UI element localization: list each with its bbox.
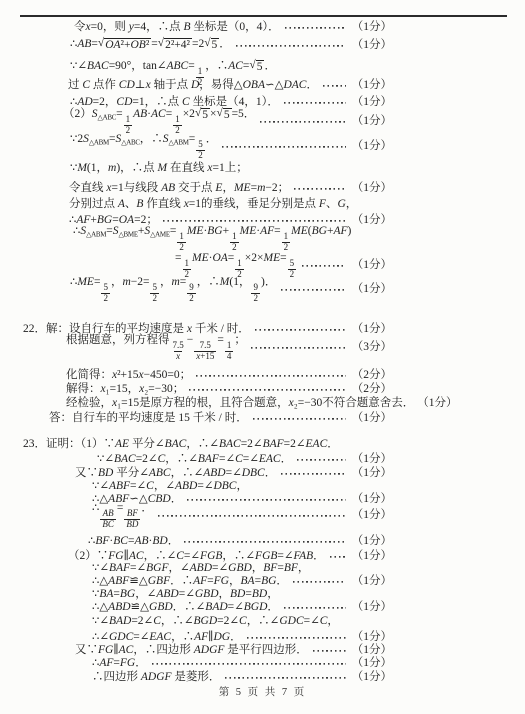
score-badge: （1分）: [352, 550, 392, 564]
line-text: ∴△ABD≌△GBD．∴∠BAD=∠BGD．: [92, 601, 279, 615]
answer-line: ∴ABBC=BFBD．（1分）: [92, 508, 392, 523]
radical: √5: [217, 108, 232, 123]
fraction: 12: [230, 232, 239, 252]
line-text: ∴BF·BC=AB·BD．: [88, 535, 179, 549]
score-badge: （1分）: [352, 671, 392, 685]
answer-line: ∴AF=FG．（1分）: [92, 656, 392, 671]
dotted-leader: [313, 645, 346, 656]
line-text: 答：自行车的平均速度是 15 千米 / 时．: [49, 412, 248, 426]
line-text: ∵∠BAD=2∠C，∴∠BGD=2∠C，∴∠GDC=∠C，: [92, 615, 339, 629]
line-text: 根据题意，列方程得7.5x−7.5x+15=14；: [66, 334, 246, 361]
answer-line: 令直线 x=1与线段 AB 交于点 E，ME=m−2；（1分）: [69, 181, 392, 196]
answer-line: ∴ME=52，m−2=52，m=92，∴M(1，92)．（1分）: [70, 282, 392, 297]
score-badge: （1分）: [352, 323, 392, 337]
radical: √5: [195, 108, 210, 123]
fraction: BFBD: [124, 509, 140, 529]
dotted-leader: [302, 260, 346, 271]
dotted-leader: [247, 632, 346, 643]
line-text: ∵M(1，m)，∴点 M 在直线 x=1上；: [70, 162, 248, 176]
answer-line: ∵2S△ABM=S△ABC，∴S△ABM=52．（1分）: [70, 139, 392, 154]
dotted-leader: [253, 413, 346, 424]
line-text: （2）S△ABC=12AB·AC=12×2√5×√5=5．: [63, 108, 255, 135]
radical: √OA²+OB²: [98, 38, 151, 53]
score-badge: （1分）: [417, 397, 457, 411]
line-text: ∴ME=52，m−2=52，m=92，∴M(1，92)．: [70, 276, 276, 303]
answer-line: （2）S△ABC=12AB·AC=12×2√5×√5=5．（1分）: [63, 114, 392, 129]
answer-line: 令x=0，则 y=4，∴点 B 坐标是（0，4）．（1分）: [74, 20, 392, 35]
line-text: 经检验，x₁=15是原方程的根，且符合题意，x₂=−30不符合题意舍去．: [66, 397, 414, 411]
dotted-leader: [225, 672, 345, 683]
fraction: 92: [251, 283, 260, 303]
score-badge: （1分）: [352, 259, 392, 273]
answer-line: ∵∠BAD=2∠C，∴∠BGD=2∠C，∴∠GDC=∠C，: [92, 614, 339, 629]
line-text: ∴AF=FG．: [92, 657, 147, 671]
dotted-leader: [293, 576, 346, 587]
top-rule: [20, 15, 507, 17]
dotted-leader: [281, 468, 346, 479]
score-badge: （1分）: [352, 214, 392, 228]
score-badge: （1分）: [352, 96, 392, 110]
line-text: ∵∠BAC=2∠C，∴∠BAF=∠C=∠EAC．: [97, 453, 292, 467]
score-badge: （1分）: [352, 467, 392, 481]
score-badge: （1分）: [352, 453, 392, 467]
score-badge: （1分）: [352, 493, 392, 507]
score-badge: （1分）: [352, 182, 392, 196]
score-badge: （2分）: [352, 383, 392, 397]
fraction: 52: [196, 140, 205, 160]
score-badge: （1分）: [352, 140, 392, 154]
answer-line: ∴△ABD≌△GBD．∴∠BAD=∠BGD．（1分）: [92, 600, 392, 615]
page-number: 第 5 页 共 7 页: [219, 687, 307, 698]
line-text: 化简得：x²+15x−450=0；: [66, 369, 191, 383]
dotted-leader: [196, 370, 346, 381]
score-badge: （1分）: [352, 509, 392, 523]
answer-line: 答：自行车的平均速度是 15 千米 / 时．（1分）: [49, 411, 392, 426]
fraction: 12: [282, 232, 291, 252]
dotted-leader: [152, 658, 346, 669]
answer-line: ∵M(1，m)，∴点 M 在直线 x=1上；: [70, 161, 248, 176]
line-text: ∴AB=√OA²+OB²=√2²+4²=2√5．: [70, 38, 231, 53]
line-text: ∵2S△ABM=S△ABC，∴S△ABM=52．: [70, 133, 217, 160]
line-text: 令直线 x=1与线段 AB 交于点 E，ME=m−2；: [69, 182, 289, 196]
dotted-leader: [236, 40, 346, 51]
dotted-leader: [158, 510, 346, 521]
radical: √5: [249, 60, 264, 75]
page-footer: 第 5 页 共 7 页: [0, 687, 525, 700]
fraction: 92: [187, 283, 196, 303]
dotted-leader: [187, 494, 346, 505]
answer-line: 过 C 点作 CD⊥x 轴于点 D，易得△OBA∽△DAC．（1分）: [68, 78, 392, 93]
answer-line: 23．证明：（1）∵AE 平分∠BAC，∴∠BAC=2∠BAF=2∠EAC．: [23, 437, 339, 452]
dotted-leader: [297, 454, 346, 465]
score-badge: （1分）: [352, 657, 392, 671]
fraction: 7.5x+15: [194, 341, 216, 361]
radical: √5: [204, 38, 219, 53]
line-text: ∴ABBC=BFBD．: [92, 502, 153, 529]
score-badge: （2分）: [352, 369, 392, 383]
line-text: ∴四边形 ADGF 是菱形．: [92, 671, 220, 685]
dotted-leader: [251, 342, 346, 353]
dotted-leader: [184, 536, 346, 547]
score-badge: （1分）: [352, 283, 392, 297]
dotted-leader: [284, 602, 346, 613]
line-text: 23．证明：（1）∵AE 平分∠BAC，∴∠BAC=2∠BAF=2∠EAC．: [23, 438, 339, 452]
fraction: 52: [288, 259, 297, 279]
answer-line: =12ME·OA=12×2×ME=52（1分）: [175, 258, 392, 273]
fraction: 52: [150, 283, 159, 303]
fraction: 52: [101, 283, 110, 303]
score-badge: （1分）: [352, 601, 392, 615]
line-text: 解得：x₁=15，x₂=−30；: [66, 383, 184, 397]
answer-line: 根据题意，列方程得7.5x−7.5x+15=14；（3分）: [66, 340, 392, 355]
answer-line: ∵∠BAC=2∠C，∴∠BAF=∠C=∠EAC．（1分）: [97, 452, 392, 467]
answer-line: ∴S△ABM=S△BME+S△AME=12ME·BG+12ME·AF=12ME(…: [73, 231, 351, 246]
score-badge: （1分）: [352, 575, 392, 589]
answer-line: ∴BF·BC=AB·BD．（1分）: [88, 534, 392, 549]
dotted-leader: [255, 324, 346, 335]
line-text: 分别过点 A、B 作直线 x=1的垂线，垂足分别是点 F、G，: [69, 198, 357, 212]
dotted-leader: [281, 284, 345, 295]
score-badge: （1分）: [352, 115, 392, 129]
dotted-leader: [284, 97, 346, 108]
dotted-leader: [294, 183, 346, 194]
dotted-leader: [189, 384, 346, 395]
answer-line: 经检验，x₁=15是原方程的根，且符合题意，x₂=−30不符合题意舍去．（1分）: [66, 396, 457, 411]
score-badge: （1分）: [352, 412, 392, 426]
radical: √2²+4²: [158, 38, 192, 53]
score-badge: （1分）: [352, 21, 392, 35]
dotted-leader: [285, 22, 346, 33]
dotted-leader: [330, 551, 346, 562]
fraction: ABBC: [100, 509, 116, 529]
score-badge: （3分）: [352, 341, 392, 355]
dotted-leader: [260, 116, 345, 127]
score-badge: （1分）: [352, 39, 392, 53]
fraction: 7.5x: [171, 341, 186, 361]
fraction: 14: [225, 341, 234, 361]
score-badge: （1分）: [352, 79, 392, 93]
dotted-leader: [323, 80, 346, 91]
answer-line: 化简得：x²+15x−450=0；（2分）: [66, 368, 392, 383]
answer-line: ∴AB=√OA²+OB²=√2²+4²=2√5．（1分）: [70, 38, 392, 53]
answer-line: 解得：x₁=15，x₂=−30；（2分）: [66, 382, 392, 397]
answer-line: ∴四边形 ADGF 是菱形．（1分）: [92, 670, 392, 685]
fraction: 12: [177, 232, 186, 252]
dotted-leader: [222, 141, 346, 152]
line-text: ∴S△ABM=S△BME+S△AME=12ME·BG+12ME·AF=12ME(…: [73, 225, 351, 252]
line-text: 过 C 点作 CD⊥x 轴于点 D，易得△OBA∽△DAC．: [68, 79, 318, 93]
answer-line: 分别过点 A、B 作直线 x=1的垂线，垂足分别是点 F、G，: [69, 197, 357, 212]
score-badge: （1分）: [352, 535, 392, 549]
line-text: 令x=0，则 y=4，∴点 B 坐标是（0，4）．: [74, 21, 280, 35]
